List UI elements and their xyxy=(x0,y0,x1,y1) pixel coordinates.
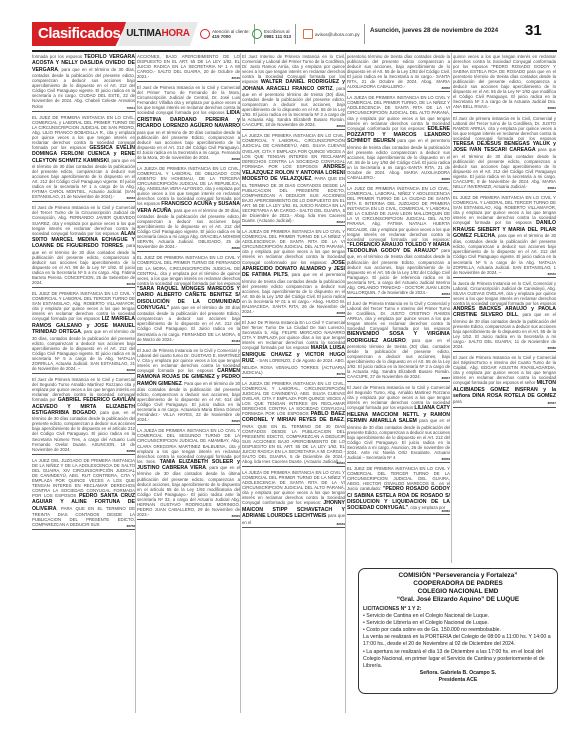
notice-code: 86649 xyxy=(337,522,345,527)
contact-value: 415 7000 xyxy=(212,34,231,39)
contact-whatsapp: Escribinos al0981 111 013 xyxy=(252,24,296,44)
announcement-bullet: • Servicio de Librería en el Colegio Nac… xyxy=(363,620,553,627)
legal-notice: la Jueza de Primera Instancia en lo Civi… xyxy=(453,280,556,352)
notice-text: para que en el término de 30 días contad… xyxy=(137,130,240,160)
notice-text: perentorio término de treinta días conta… xyxy=(347,54,450,89)
legal-notice: perentorio término de treinta días conta… xyxy=(347,53,450,92)
notice-code: 86739 xyxy=(337,372,345,377)
column-divider xyxy=(451,53,452,563)
legal-notice: El Juez de Primera Instancia en lo Civil… xyxy=(137,347,240,426)
notice-text: , para que en el perentorio término de t… xyxy=(242,272,345,314)
legal-notice: El Juez de Primera Instancia en lo Civil… xyxy=(347,384,450,463)
notice-code: 86640 xyxy=(337,461,345,466)
legal-notice: El Juez Interino de Primera Instancia en… xyxy=(242,53,345,130)
brand-hora: HORA xyxy=(161,28,189,39)
notice-text: la Jueza de Primera Instancia en lo Civi… xyxy=(453,281,556,306)
legal-notice: EL JUEZ DE PRIMERA INSTANCIA EN LO CIVIL… xyxy=(32,114,135,203)
announcement-bullet: • Costo por cada sobre es de Gs. 150.000… xyxy=(363,627,553,634)
legal-notice: El Juez de primera instancia en lo Civil… xyxy=(453,115,556,192)
notice-text: , para que en el perentorio término de t… xyxy=(242,86,345,128)
contact-phone: Atención al cliente:415 7000 xyxy=(200,24,255,44)
notice-text: , para que en el término de 30 días cont… xyxy=(453,312,556,349)
legal-notice: LA JUEZA DE PRIMERA INSTANCIA EN LO CIVI… xyxy=(137,427,240,520)
notice-text: , PARA QUE EN EL TERMINO DE 30 DIAS CONT… xyxy=(242,176,345,223)
column-divider xyxy=(240,53,241,713)
legal-notice: EL JUEZ DE PRIMERA INSTANCIA EN LO CIVIL… xyxy=(453,194,556,278)
notice-text: , para que en el término de 30 días cont… xyxy=(32,158,135,200)
brand-ultima: ULTIMA xyxy=(126,28,161,39)
legal-notice: LA JUEZA DE PRIMERA INSTANCIA EN LO CIVI… xyxy=(242,469,345,528)
notice-code: 86642 xyxy=(337,220,345,225)
signature-title: Presidenta ACE xyxy=(363,677,553,684)
notice-text: . - SAN LORENZO, 2 de Agosto de 2024. AB… xyxy=(242,358,345,374)
notice-code: 86533 xyxy=(127,196,135,201)
notice-code: 86661 xyxy=(548,186,556,191)
notice-code: 86158 xyxy=(127,282,135,287)
legal-notice: LA JUEZA DE PRIMERA INSTANCIA EN LO CIVI… xyxy=(347,94,450,183)
notice-code: 86616 xyxy=(337,124,345,129)
legal-notice: LA JUEZA DE PRIMERA INSTANCIA EN LO CIVI… xyxy=(242,132,345,226)
header-rule xyxy=(32,50,557,52)
legal-notice: LA JUEZA DE PRIMERA INSTANCIA EN LO CIVI… xyxy=(242,380,345,467)
issue-date: Asunción, jueves 28 de noviembre de 2024 xyxy=(370,27,498,34)
column-5: quince veces a los que tengan interés en… xyxy=(453,53,556,563)
notice-text: LA JUEZA DE PRIMERA INSTANCIA EN LO CIVI… xyxy=(242,229,345,264)
announcement-title-3: COLEGIO NACIONAL EMD xyxy=(363,588,553,596)
notice-code: 86658 xyxy=(127,449,135,454)
notice-text: para que en el término de 30 días contad… xyxy=(137,305,240,342)
legal-notice: EL JUEZ DE PRIMERA INSTANCIA EN LO CIVIL… xyxy=(347,465,450,515)
legal-notice: El Juez De Primera Instancia En Lo Civil… xyxy=(242,319,345,378)
notice-code: 86567 xyxy=(548,401,556,406)
contact-email: avisos@uhora.com.py xyxy=(303,24,365,44)
notice-text: El Juez de Primera Instancia en lo Civil… xyxy=(137,85,240,115)
legal-notice: El Juez de Primera Instancia en lo Civil… xyxy=(32,204,135,288)
notice-code: 86656 xyxy=(442,86,450,91)
notice-text: , para que en el término de 30 días cont… xyxy=(32,243,135,285)
announcement-body: La venta se realizará en la PORTERIA del… xyxy=(363,634,553,648)
notice-text: El Juez de Primera Instancia en lo Civil… xyxy=(347,301,450,331)
notice-code: 86657 xyxy=(442,376,450,381)
notice-text: para que en el término de 30 días contad… xyxy=(453,147,556,189)
page-number: 31 xyxy=(525,22,542,39)
legal-notice: El Juez de Primera Instancia en lo Civil… xyxy=(347,300,450,382)
notice-text: para que, en el término de treinta días … xyxy=(347,248,450,295)
notice-text: , PARA QUE EN EL TERMINO DE 30 DIAS CONT… xyxy=(242,417,345,464)
notice-text: ACCIONES, BAJO APERCIBIMIENTO DE LO DISP… xyxy=(137,54,240,79)
notice-text: , para que en el perentorio término de t… xyxy=(347,338,450,380)
notice-code: 86433 xyxy=(232,339,240,344)
notice-code: 86625 xyxy=(232,419,240,424)
notice-code: 86318 xyxy=(127,368,135,373)
notice-text: , para que, en el término de 30 días con… xyxy=(32,410,135,452)
legal-notice: El Juez de Primera Instancia en lo Civil… xyxy=(32,376,135,455)
notice-text: para que en el término de 30 días contad… xyxy=(347,418,450,460)
notice-text: LA JUEZ DE PRIMERA INSTANCIA EN LO CIVIL… xyxy=(347,186,450,241)
notice-text: formada por los esposos xyxy=(32,54,84,59)
section-title: Clasificados xyxy=(32,22,127,46)
notice-text: para que en el perentorio término de tre… xyxy=(347,138,450,180)
column-divider xyxy=(345,53,346,713)
legal-notice: El Juez de Primera Instancia en lo Civil… xyxy=(453,354,556,408)
announcement-body: • La apertura se realizará el día 13 de … xyxy=(363,649,553,670)
legal-notice: EL JUEZ DE PRIMERA INSTANCIA EN LO CIVIL… xyxy=(32,290,135,374)
notice-names: "FLORENCIO ARAUJO TOLEDO Y MARIA TEODOLI… xyxy=(347,242,450,254)
notice-code: 86653 xyxy=(442,292,450,297)
notice-code: 86658 xyxy=(337,311,345,316)
legal-notice: EL JUEZ DE PRIMERA INSTANCIA EN LO CIVIL… xyxy=(137,254,240,344)
notice-code: 86758 xyxy=(127,524,135,529)
announcement-title-4: “Gral. José Elizardo Aquino” DE LUQUE xyxy=(363,596,553,604)
column-1: formada por los esposos TEOFILO VERGARA … xyxy=(32,53,135,753)
column-2: ACCIONES, BAJO APERCIBIMIENTO DE LO DISP… xyxy=(137,53,240,753)
notice-text: para xyxy=(453,399,462,404)
notice-text: , cita y emplaza por xyxy=(408,505,445,510)
announcement-heading: LICITACIONES Nº 1 Y 2: xyxy=(363,606,553,613)
contact-value: 0981 111 013 xyxy=(264,34,291,39)
notice-code: 86660 xyxy=(548,106,556,111)
announcement-bullet: • Servicio de Cantina en el Colegio Naci… xyxy=(363,613,553,620)
legal-notice: formada por los esposos TEOFILO VERGARA … xyxy=(32,53,135,112)
notice-code: 86526 xyxy=(232,157,240,162)
column-4: perentorio término de treinta días conta… xyxy=(347,53,450,563)
notice-code: 86540 xyxy=(548,272,556,277)
legal-notice: LA JUEZA DE PRIMERA INSTANCIA EN LO CIVI… xyxy=(242,228,345,317)
notice-text: El Juez de Primera Instancia en lo Civil… xyxy=(32,205,135,235)
legal-notice: ACCIONES, BAJO APERCIBIMIENTO DE LO DISP… xyxy=(137,53,240,82)
announcement-box: COMISIÓN “Perseverancia y Fortaleza” COO… xyxy=(358,568,558,694)
announcement-title-2: COOPERADORA DE PADRES xyxy=(363,580,553,588)
legal-notice: LA JUEZ DE PRIMERA INSTANCIA EN LO CIVIL… xyxy=(347,185,450,298)
legal-notice: LA JUEZA DE PRIMERA INSTANCIA EN LO CIVI… xyxy=(137,165,240,252)
contact-value[interactable]: avisos@uhora.com.py xyxy=(315,32,360,37)
notice-code: 86655 xyxy=(442,177,450,182)
notice-code: 76614 xyxy=(127,106,135,111)
column-3: El Juez Interino de Primera Instancia en… xyxy=(242,53,345,753)
phone-icon xyxy=(200,29,210,39)
notice-code: 86630 xyxy=(232,246,240,251)
page-header: Clasificados ULTIMAHORA Atención al clie… xyxy=(0,18,580,48)
notice-text: El Juez de primera instancia en lo Civil… xyxy=(453,116,556,141)
notice-text: EL JUEZ DE PRIMERA INSTANCIA EN LO CIVIL… xyxy=(137,255,240,285)
notice-text: , para que en el término de 30 días, con… xyxy=(137,208,240,250)
notice-code: 86660 xyxy=(442,509,450,514)
legal-notice: quince veces a los que tengan interés en… xyxy=(453,53,556,113)
notice-text: , para que en el término de 30 días, con… xyxy=(32,67,135,109)
notice-text: . Para que en el término de 30 días cont… xyxy=(137,381,240,423)
notice-code: 86659 xyxy=(442,457,450,462)
brand-logo: ULTIMAHORA xyxy=(118,22,198,46)
notice-text: , para que en el término de 30 días cont… xyxy=(137,465,240,517)
notice-text: quince veces a los que tengan interés en… xyxy=(453,54,556,109)
notice-code: 86135 xyxy=(232,76,240,81)
notice-text: LA JUEZ DEL JUZGADO DE PRIMERA INSTANCIA… xyxy=(32,458,135,498)
notice-text: , para que en el término de 30 días, con… xyxy=(453,233,556,275)
legal-notice: LA JUEZ DEL JUZGADO DE PRIMERA INSTANCIA… xyxy=(32,457,135,531)
whatsapp-icon xyxy=(252,29,262,39)
column-divider xyxy=(135,53,136,713)
notice-code: 86620 xyxy=(232,514,240,519)
notice-text: , para que en el término de 30 días, con… xyxy=(32,329,135,371)
mail-icon xyxy=(303,29,313,39)
signature-name: Señora. Gabriela B. Ocampo S. xyxy=(363,670,553,677)
notice-code: 86586 xyxy=(548,346,556,351)
legal-notice: El Juez de Primera Instancia en lo Civil… xyxy=(137,84,240,163)
announcement-title-1: COMISIÓN “Perseverancia y Fortaleza” xyxy=(363,572,553,580)
